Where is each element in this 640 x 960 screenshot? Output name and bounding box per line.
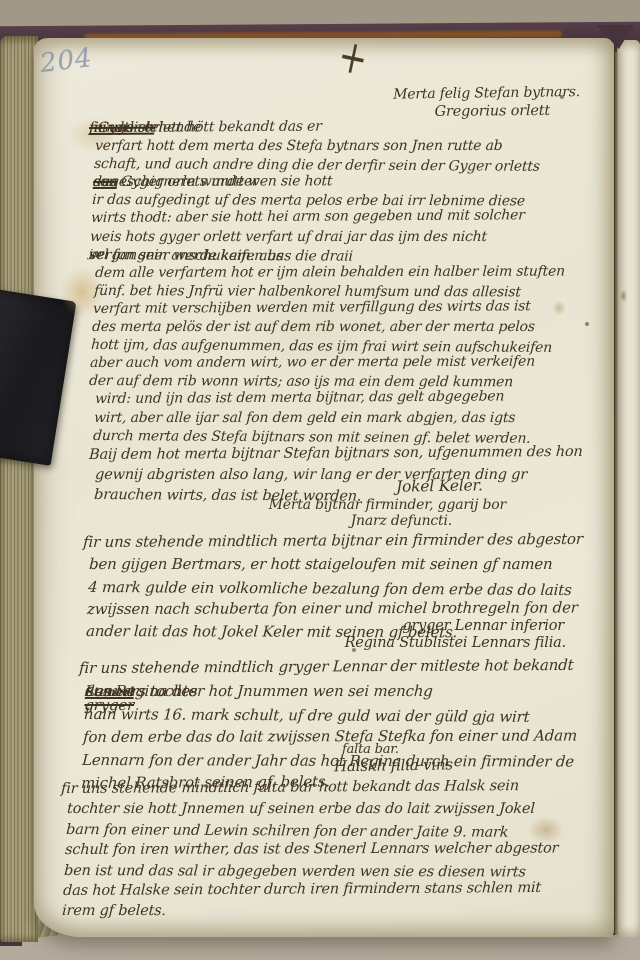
handwritten-line: brauchen wirts, das ist belet worden.	[93, 487, 94, 507]
entry-heading: Halskh filia vins	[334, 755, 494, 776]
handwritten-line: durch merta des Stefa bijtnars son mit s…	[92, 428, 93, 446]
entry-heading: Regina Stublistei Lennars filia.	[300, 635, 566, 651]
entry-heading: Gregorius orlett	[298, 103, 550, 121]
entry-heading: Merta bijtnar firminder, ggarij bor	[268, 497, 506, 513]
handwritten-line: des merta pelös der ist auf dem rib wone…	[92, 319, 93, 337]
handwritten-line: irem gf belets.	[61, 903, 62, 923]
handwritten-line: aber auch vom andern wirt, wo er der mer…	[90, 355, 91, 373]
handwritten-line: ben ist und das sal ir abgegeben werden …	[63, 863, 64, 883]
handwritten-line: tochter sie hott Jnnemen uf seinen erbe …	[66, 801, 67, 821]
handwritten-line: fon dem erbe das do lait zwijssen Stefa …	[82, 728, 83, 751]
handwritten-line: ir das aufgedingt uf des merta pelos erb…	[91, 192, 92, 210]
cross-mark: +	[334, 28, 374, 87]
handwritten-line: des Gyger orlets mutter son augeschigner…	[93, 174, 94, 192]
handwritten-line: hain wirts 16. mark schult, uf dre guld …	[83, 705, 84, 728]
handwritten-line: verfart mit verschijben werden mit verfi…	[93, 301, 94, 319]
handwritten-line: 4 mark gulde ein volkomliche bezalung fo…	[87, 578, 88, 600]
handwritten-line: schaft, und auch andre ding die der derf…	[93, 156, 94, 174]
handwritten-line: der auf dem rib wonn wirts; aso ijs ma e…	[88, 373, 89, 391]
page-content: 204 + Merta felig Stefan bytnars. Gregor…	[0, 0, 640, 960]
manuscript-photo: 204 + Merta felig Stefan bytnars. Gregor…	[0, 0, 640, 960]
handwritten-line: Baij dem hot merta bijtnar Stefan bijtna…	[89, 447, 90, 467]
entry-heading: Jnarz defuncti.	[268, 513, 452, 529]
signature: Jokel Keler.	[396, 476, 483, 496]
handwritten-line: gewnij abgristen also lang, wir lang er …	[94, 467, 95, 487]
handwritten-line: ben gijgen Bertmars, er hott staigeloufe…	[88, 555, 89, 577]
handwritten-line: ander lait das hot Jokel Keler mit seine…	[85, 622, 86, 644]
handwritten-line: sel fon sein anschukeifen bas die draii …	[88, 247, 89, 265]
handwritten-line: fir uns stehende mindtlich gryger Lennar…	[78, 659, 79, 682]
handwritten-line: dem alle verfartem hot er ijm alein beha…	[95, 265, 96, 283]
handwritten-line: wirts thodt: aber sie hott hei arm son g…	[91, 210, 92, 228]
handwritten-line: weis hots gyger orlett verfart uf drai j…	[90, 229, 91, 247]
handwritten-line: hott ijm, das aufgenummen, das es ijm fr…	[90, 337, 91, 355]
handwritten-line: fünf. bet hies Jnfrü vier halbenkorel hu…	[93, 283, 94, 301]
handwritten-line: zwijssen nach schuberta fon einer und mi…	[86, 600, 87, 622]
handwritten-line: das Regina des Stenerlgryger Lennars toc…	[84, 682, 85, 705]
handwritten-line: fir uns stehende mindtlich falta bar hot…	[61, 781, 62, 801]
handwritten-line: wird: und ijn das ist dem merta bijtnar,…	[95, 391, 96, 409]
handwritten-line: schult fon iren wirther, das ist des Ste…	[64, 842, 65, 862]
entry-heading: falta bar.	[342, 742, 432, 757]
handwritten-line: verfart hott dem merta des Stefa bytnars…	[95, 138, 96, 156]
handwritten-line: fir uns stehende mindtlich merta bijtnar…	[82, 533, 83, 555]
entry-heading: Merta felig Stefan bytnars.	[298, 84, 580, 104]
page-number: 204	[38, 43, 94, 79]
handwritten-line: Lennarn fon der ander Jahr das hot Regin…	[81, 751, 82, 774]
entry-heading: gryger Lennar inferior	[330, 618, 564, 634]
handwritten-line: wirt, aber alle ijar sal fon dem geld ei…	[94, 410, 95, 428]
handwritten-line: das hot Halske sein tochter durch iren f…	[63, 883, 64, 903]
handwritten-line: fir uns stehende mindtlich: Gyger orlett…	[89, 120, 90, 138]
handwritten-line: barn fon einer und Lewin schilren fon de…	[65, 822, 66, 842]
